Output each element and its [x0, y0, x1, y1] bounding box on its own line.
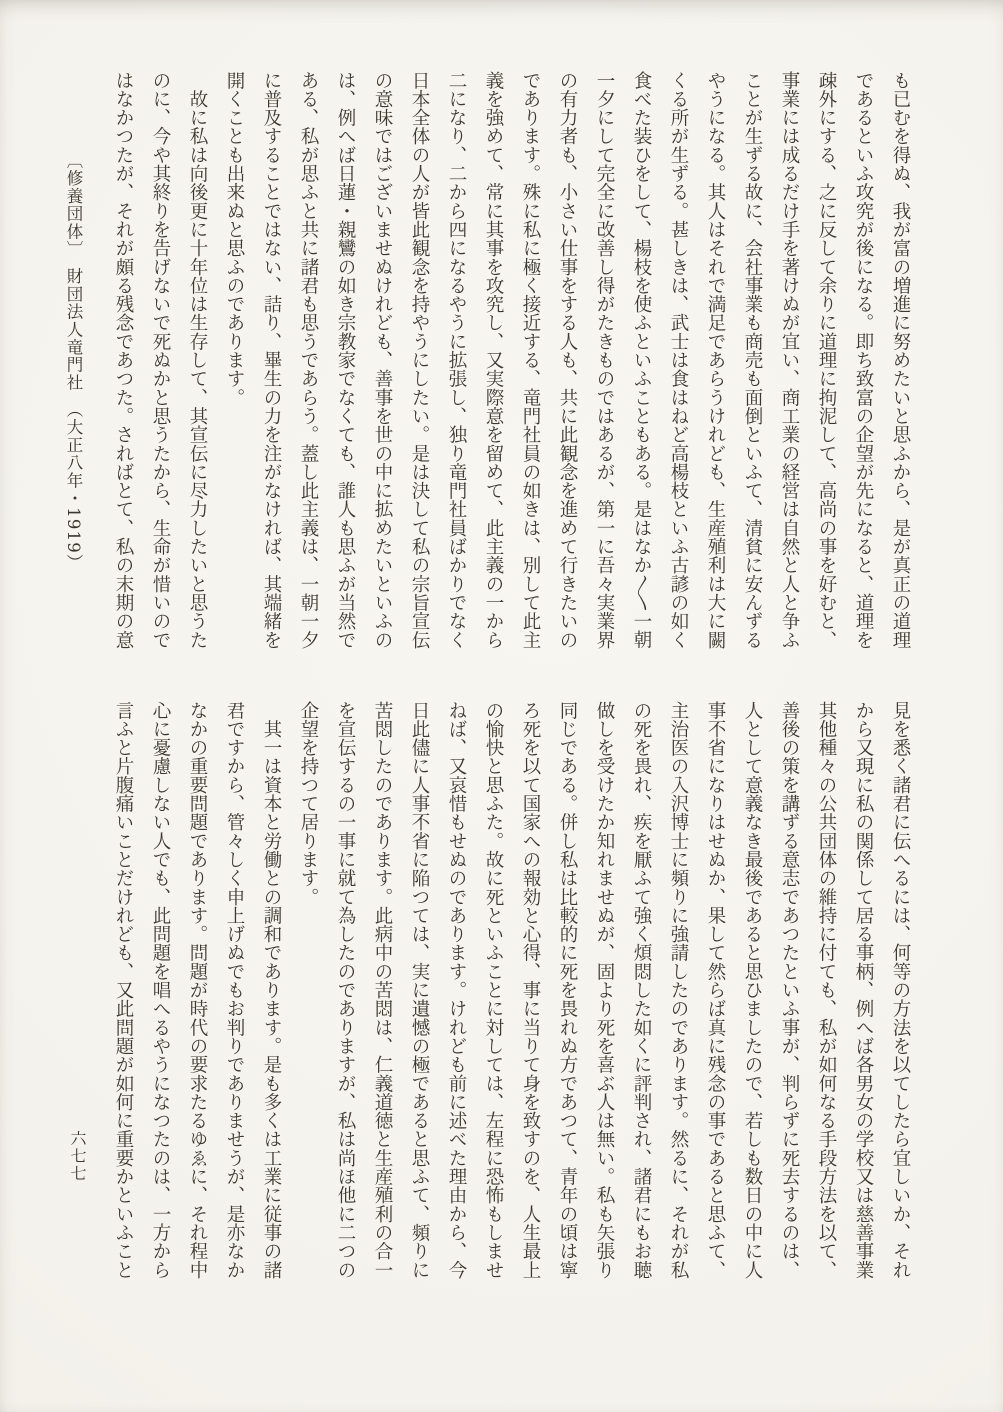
scanned-document-page: も已むを得ぬ、我が富の増進に努めたいと思ふから、是が真正の道理であるといふ攻究が… — [0, 0, 1003, 1412]
text-column: 日本全体の人が皆此観念を持やうにしたい。是は決して私の宗旨宣伝 — [401, 71, 438, 653]
text-column: 其他種々の公共団体の維持に付ても、私が如何なる手段方法を以て、 — [808, 701, 845, 1289]
text-column: 善後の策を講ずる意志であつたといふ事が、判らずに死去するのは、 — [771, 701, 808, 1289]
text-column: の死を畏れ、疾を厭ふて強く煩悶した如くに評判され、諸君にもお聴 — [623, 701, 660, 1289]
text-column: くる所が生ずる。甚しきは、武士は食はねど高楊枝といふ古諺の如く — [660, 71, 697, 653]
text-column: 事不省になりはせぬか、果して然らば真に残念の事であると思ふて、 — [697, 701, 734, 1289]
text-column: 企望を持つて居ります。 — [290, 701, 327, 1289]
text-column: は、例へば日蓮・親鸞の如き宗教家でなくても、誰人も思ふが当然で — [327, 71, 364, 653]
text-column: の有力者も、小さい仕事をする人も、共に此観念を進めて行きたいの — [549, 71, 586, 653]
text-column: 疎外にする、之に反して余りに道理に拘泥して、高尚の事を好むと、 — [808, 71, 845, 653]
text-column: も已むを得ぬ、我が富の増進に努めたいと思ふから、是が真正の道理 — [882, 71, 919, 653]
text-column: 君ですから、管々しく申上げぬでもお判りでありませうが、是亦なか — [216, 701, 253, 1289]
page-number: 六七七 — [66, 1130, 89, 1183]
text-column: であるといふ攻究が後になる。即ち致富の企望が先になると、道理を — [845, 71, 882, 653]
text-column: 心に憂慮しない人でも、此問題を唱へるやうになつたのは、一方から — [142, 701, 179, 1289]
text-column: ことが生ずる故に、会社事業も商売も面倒といふて、清貧に安んずる — [734, 71, 771, 653]
text-column: 同じである。併し私は比較的に死を畏れぬ方であつて、青年の頃は寧 — [549, 701, 586, 1289]
top-text-block: も已むを得ぬ、我が富の増進に努めたいと思ふから、是が真正の道理であるといふ攻究が… — [105, 71, 919, 653]
text-column: に普及することではない、詰り、畢生の力を注がなければ、其端緒を — [253, 71, 290, 653]
text-column: 做しを受けたか知れませぬが、固より死を喜ぶ人は無い。私も矢張り — [586, 701, 623, 1289]
text-column: なかの重要問題であります。問題が時代の要求たるゆゑに、それ程中 — [179, 701, 216, 1289]
text-column: のに、今や其終りを告げないで死ぬかと思うたから、生命が惜いので — [142, 71, 179, 653]
bottom-text-block: 見を悉く諸君に伝へるには、何等の方法を以てしたら宜しいか、それから又現に私の関係… — [105, 701, 919, 1289]
text-column: 故に私は向後更に十年位は生存して、其宣伝に尽力したいと思うた — [179, 71, 216, 653]
text-column: はなかつたが、それが頗る残念であつた。さればとて、私の末期の意 — [105, 71, 142, 653]
text-column: 日此儘に人事不省に陥つては、実に遺憾の極であると思ふて、頻りに — [401, 701, 438, 1289]
text-column: ねば、又哀惜もせぬのであります。けれども前に述べた理由から、今 — [438, 701, 475, 1289]
text-column: 一夕にして完全に改善し得がたきものではあるが、第一に吾々実業界 — [586, 71, 623, 653]
text-column: 開くことも出来ぬと思ふのであります。 — [216, 71, 253, 653]
text-column: やうになる。其人はそれで満足であらうけれども、生産殖利は大に闕 — [697, 71, 734, 653]
text-column: 言ふと片腹痛いことだけれども、又此問題が如何に重要かといふこと — [105, 701, 142, 1289]
text-column: 見を悉く諸君に伝へるには、何等の方法を以てしたら宜しいか、それ — [882, 701, 919, 1289]
text-column: 苦悶したのであります。此病中の苦悶は、仁義道徳と生産殖利の合一 — [364, 701, 401, 1289]
text-column: であります。殊に私に極く接近する、竜門社員の如きは、別して此主 — [512, 71, 549, 653]
section-header: 〔修養団体〕 財団法人竜門社 （大正八年・1919） — [61, 152, 85, 582]
text-column: 其一は資本と労働との調和であります。是も多くは工業に従事の諸 — [253, 701, 290, 1289]
text-column: 二になり、二から四になるやうに拡張し、独り竜門社員ばかりでなく — [438, 71, 475, 653]
text-column: 主治医の入沢博士に頻りに強請したのであります。然るに、それが私 — [660, 701, 697, 1289]
text-column: を宣伝するの一事に就て為したのでありますが、私は尚ほ他に二つの — [327, 701, 364, 1289]
text-column: 人として意義なき最後であると思ひましたので、若しも数日の中に人 — [734, 701, 771, 1289]
text-column: の愉快と思ふた。故に死といふことに対しては、左程に恐怖もしませ — [475, 701, 512, 1289]
text-column: の意味ではございませぬけれども、善事を世の中に拡めたいといふの — [364, 71, 401, 653]
text-column: から又現に私の関係して居る事柄、例へば各男女の学校又は慈善事業 — [845, 701, 882, 1289]
text-column: ある、私が思ふと共に諸君も思うであらう。蓋し此主義は、一朝一夕 — [290, 71, 327, 653]
text-column: ろ死を以て国家への報効と心得、事に当りて身を致すのを、人生最上 — [512, 701, 549, 1289]
text-column: 食べた装ひをして、楊枝を使ふといふこともある。是はなか〱一朝 — [623, 71, 660, 653]
text-column: 事業には成るだけ手を著けぬが宜い、商工業の経営は自然と人と争ふ — [771, 71, 808, 653]
text-column: 義を強めて、常に其事を攻究し、又実際意を留めて、此主義の一から — [475, 71, 512, 653]
